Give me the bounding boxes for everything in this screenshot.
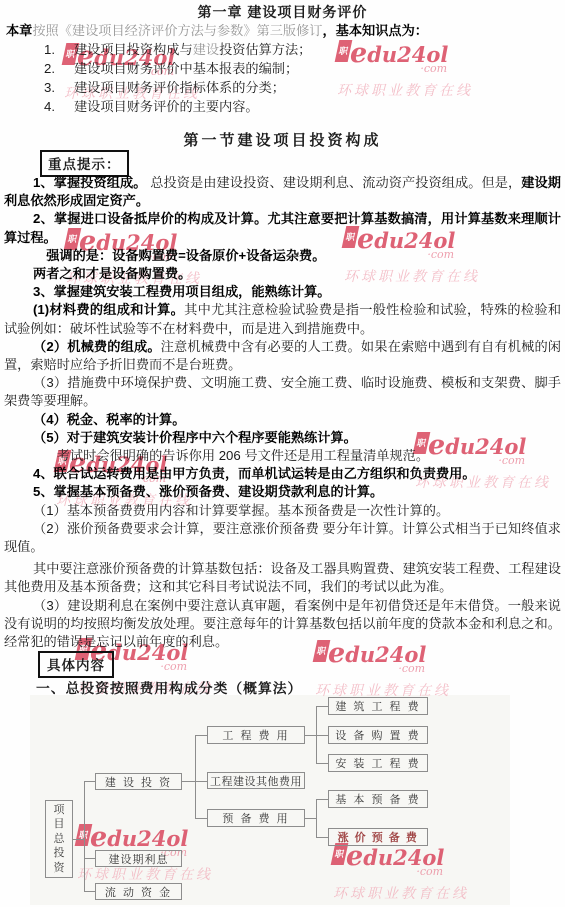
- paragraph: 3.建设项目财务评价指标体系的分类；: [44, 78, 559, 97]
- connector-line: [84, 858, 95, 859]
- text-segment: ，基本知识点为：: [323, 23, 429, 38]
- connector-line: [195, 735, 207, 736]
- text-segment: 总投资是由建设投资、建设期利息、流动资产投资组成。但是，: [146, 175, 521, 190]
- paragraph: 1.建设项目投资构成与建设投资估算方法；: [44, 40, 559, 59]
- connector-line: [84, 781, 95, 782]
- text-segment: 建设项目财务评价中基本报表的编制；: [74, 61, 298, 76]
- connector-line: [305, 735, 316, 736]
- connector-line: [195, 818, 207, 819]
- investment-structure-diagram: 项目总投资 建 设 投 资 建设期利息 流 动 资 金 工 程 费 用 工程建设…: [0, 695, 565, 907]
- paragraph: 5、掌握基本预备费、涨价预备费、建设期贷款利息的计算。: [4, 483, 561, 501]
- connector-line: [316, 706, 328, 707]
- paragraph: （3）建设期利息在案例中要注意认真审题，看案例中是年初借贷还是年末借贷。一般来说…: [4, 597, 561, 652]
- text-segment: （4）税金、税率的计算。: [33, 412, 185, 427]
- intro-block: 本章按照《建设项目经济评价方法与参数》第三版修订，基本知识点为：1.建设项目投资…: [6, 21, 559, 116]
- text-segment: （2）涨价预备费要求会计算，要注意涨价预备费 要分年计算。计算公式相当于已知终值…: [4, 521, 561, 554]
- detail-content-label: 具体内容: [38, 651, 114, 678]
- paragraph: 2、掌握进口设备抵岸价的构成及计算。尤其注意要把计算基数搞清，用计算基数来理顺计…: [4, 210, 561, 246]
- text-segment: 3.: [44, 78, 74, 97]
- connector-line: [84, 781, 85, 892]
- text-segment: 4、联合试运转费用是由甲方负责，而单机试运转是由乙方组织和负责费用。: [33, 466, 476, 481]
- text-segment: 考试时会很明确的告诉你用 206 号文件还是用工程量清单规范。: [57, 448, 429, 463]
- text-segment: （3）建设期利息在案例中要注意认真审题，看案例中是年初借贷还是年末借贷。一般来说…: [4, 598, 561, 649]
- node-basic-reserve: 基 本 预 备 费: [328, 790, 428, 808]
- text-segment: 其中要注意涨价预备费的计算基数包括：设备及工器具购置费、建筑安装工程费、工程建设…: [4, 561, 561, 594]
- node-installation-cost: 安 装 工 程 费: [328, 754, 428, 772]
- connector-line: [195, 781, 207, 782]
- node-equipment-cost: 设 备 购 置 费: [328, 726, 428, 744]
- node-building-cost: 建 筑 工 程 费: [328, 697, 428, 715]
- text-segment: 建设项目财务评价指标体系的分类；: [74, 80, 285, 95]
- node-reserve-cost: 预 备 费 用: [207, 809, 305, 827]
- node-label: 项目总投资: [53, 803, 65, 875]
- connector-line: [316, 799, 328, 800]
- text-segment: 4.: [44, 97, 74, 116]
- paragraph: （1）基本预备费费用内容和计算要掌握。基本预备费是一次性计算的。: [4, 502, 561, 520]
- text-segment: 强调的是：设备购置费=设备原价+设备运杂费。: [46, 248, 325, 263]
- text-segment: 1、掌握投资组成。: [33, 175, 146, 190]
- text-segment: 1.: [44, 40, 74, 59]
- text-segment: 5、掌握基本预备费、涨价预备费、建设期贷款利息的计算。: [33, 484, 383, 499]
- text-segment: 建设项目投资构成与: [74, 42, 193, 57]
- connector-line: [73, 839, 84, 840]
- connector-line: [316, 799, 317, 837]
- paragraph: （2）涨价预备费要求会计算，要注意涨价预备费 要分年计算。计算公式相当于已知终值…: [4, 520, 561, 556]
- paragraph: 3、掌握建筑安装工程费用项目组成，能熟练计算。: [4, 283, 561, 301]
- text-segment: （5）对于建筑安装计价程序中六个程序要能熟练计算。: [33, 430, 357, 445]
- paragraph: 4、联合试运转费用是由甲方负责，而单机试运转是由乙方组织和负责费用。: [4, 465, 561, 483]
- paragraph: 4.建设项目财务评价的主要内容。: [44, 97, 559, 116]
- connector-line: [316, 735, 328, 736]
- text-segment: 2.: [44, 59, 74, 78]
- connector-line: [316, 763, 328, 764]
- chapter-title: 第一章 建设项目财务评价: [0, 2, 565, 22]
- text-segment: 2、掌握进口设备抵岸价的构成及计算。尤其注意要把计算基数搞清，用计算基数来理顺计…: [4, 211, 561, 244]
- text-segment: (1)材料费的组成和计算。: [33, 302, 184, 317]
- key-points-body: 1、掌握投资组成。 总投资是由建设投资、建设期利息、流动资产投资组成。但是，建设…: [4, 174, 561, 654]
- connector-line: [316, 837, 328, 838]
- text-segment: 本章: [6, 23, 32, 38]
- text-segment: （2）机械费的组成。: [33, 339, 161, 354]
- watermark-domain-text: ·com: [398, 662, 425, 675]
- text-segment: 建设: [193, 42, 219, 57]
- node-construction-interest: 建设期利息: [95, 850, 182, 867]
- paragraph: （2）机械费的组成。注意机械费中含有必要的人工费。如果在索赔中遇到有自有机械的闲…: [4, 338, 561, 374]
- text-segment: 建设项目财务评价的主要内容。: [74, 99, 259, 114]
- paragraph: 2.建设项目财务评价中基本报表的编制；: [44, 59, 559, 78]
- paragraph: 本章按照《建设项目经济评价方法与参数》第三版修订，基本知识点为：: [6, 21, 559, 40]
- node-engineering-cost: 工 程 费 用: [207, 726, 305, 744]
- node-construction-investment: 建 设 投 资: [95, 773, 182, 790]
- diagram-heading: 一、总投资按照费用构成分类（概算法）: [36, 677, 302, 697]
- text-segment: 按照《建设项目经济评价方法与参数》第三版修订: [32, 23, 322, 38]
- connector-line: [195, 735, 196, 818]
- paragraph: （5）对于建筑安装计价程序中六个程序要能熟练计算。: [4, 429, 561, 447]
- text-segment: 投资估算方法；: [219, 42, 311, 57]
- paragraph: （3）措施费中环境保护费、文明施工费、安全施工费、临时设施费、模板和支架费、脚手…: [4, 374, 561, 410]
- paragraph: （4）税金、税率的计算。: [4, 411, 561, 429]
- paragraph: 1、掌握投资组成。 总投资是由建设投资、建设期利息、流动资产投资组成。但是，建设…: [4, 174, 561, 210]
- node-working-capital: 流 动 资 金: [95, 883, 182, 900]
- key-points-label: 重点提示：: [40, 150, 129, 177]
- node-other-cost: 工程建设其他费用: [207, 772, 305, 789]
- paragraph: 两者之和才是设备购置费。: [4, 265, 561, 283]
- watermark-domain-text: ·com: [160, 660, 187, 673]
- connector-line: [84, 891, 95, 892]
- node-price-reserve: 涨 价 预 备 费: [328, 828, 428, 846]
- paragraph: (1)材料费的组成和计算。其中尤其注意检验试验费是指一般性检验和试验，特殊的检验…: [4, 301, 561, 337]
- paragraph: 强调的是：设备购置费=设备原价+设备运杂费。: [4, 247, 561, 265]
- connector-line: [182, 781, 195, 782]
- paragraph: 考试时会很明确的告诉你用 206 号文件还是用工程量清单规范。: [4, 447, 561, 465]
- document-page: 职edu24ol·com环球职业教育在线职edu24ol·com环球职业教育在线…: [0, 0, 565, 907]
- text-segment: 3、掌握建筑安装工程费用项目组成，能熟练计算。: [33, 284, 330, 299]
- text-segment: 两者之和才是设备购置费。: [33, 266, 191, 281]
- section-title: 第一节建设项目投资构成: [0, 129, 565, 150]
- text-segment: （3）措施费中环境保护费、文明施工费、安全施工费、临时设施费、模板和支架费、脚手…: [4, 375, 561, 408]
- connector-line: [305, 818, 316, 819]
- text-segment: （1）基本预备费费用内容和计算要掌握。基本预备费是一次性计算的。: [33, 503, 449, 518]
- node-project-total: 项目总投资: [45, 800, 73, 878]
- paragraph: 其中要注意涨价预备费的计算基数包括：设备及工器具购置费、建筑安装工程费、工程建设…: [4, 560, 561, 596]
